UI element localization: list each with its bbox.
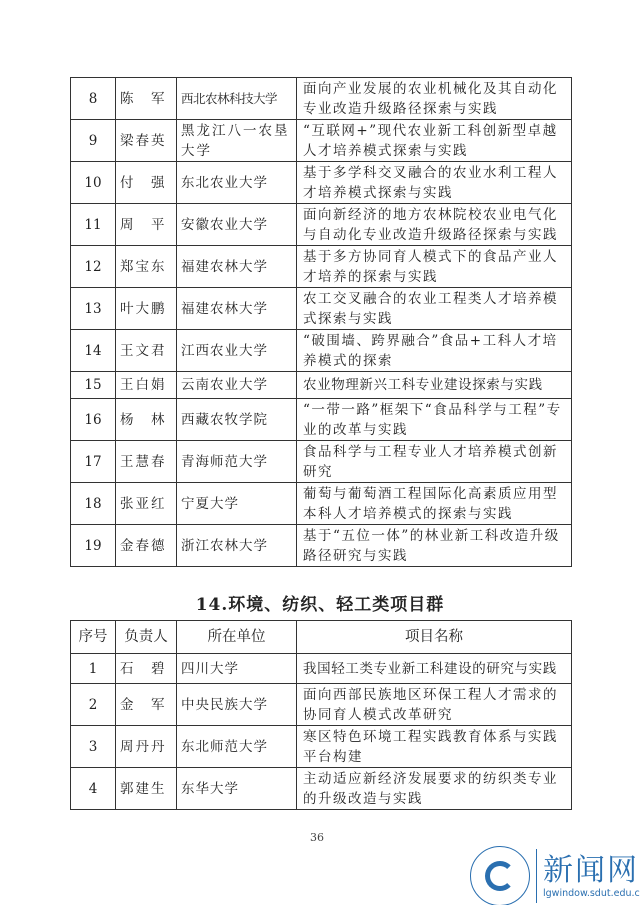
row-leader: 杨 林 — [116, 399, 177, 441]
row-unit: 福建农林大学 — [177, 288, 297, 330]
header-leader: 负责人 — [116, 621, 177, 654]
row-leader: 王白娟 — [116, 372, 177, 399]
row-leader: 金春德 — [116, 525, 177, 567]
row-number: 8 — [71, 78, 116, 120]
university-emblem-icon — [470, 846, 530, 905]
header-unit: 所在单位 — [177, 621, 297, 654]
row-number: 11 — [71, 204, 116, 246]
row-unit: 四川大学 — [177, 654, 297, 684]
row-project: 基于多学科交叉融合的农业水利工程人才培养模式探索与实践 — [297, 162, 572, 204]
row-project: 主动适应新经济发展要求的纺织类专业的升级改造与实践 — [297, 768, 572, 810]
row-leader: 郭建生 — [116, 768, 177, 810]
table-row: 11 周 平 安徽农业大学 面向新经济的地方农林院校农业电气化与自动化专业改造升… — [71, 204, 572, 246]
row-project: “互联网+”现代农业新工科创新型卓越人才培养模式探索与实践 — [297, 120, 572, 162]
row-number: 2 — [71, 684, 116, 726]
row-project: 基于“五位一体”的林业新工科改造升级路径研究与实践 — [297, 525, 572, 567]
row-project: 葡萄与葡萄酒工程国际化高素质应用型本科人才培养模式的探索与实践 — [297, 483, 572, 525]
logo-divider — [536, 849, 537, 903]
row-project: 农业物理新兴工科专业建设探索与实践 — [297, 372, 572, 399]
row-unit: 西北农林科技大学 — [177, 78, 297, 120]
row-unit: 黑龙江八一农垦大学 — [177, 120, 297, 162]
section-title: 14.环境、纺织、轻工类项目群 — [0, 590, 640, 615]
row-leader: 郑宝东 — [116, 246, 177, 288]
row-project: 寒区特色环境工程实践教育体系与实践平台构建 — [297, 726, 572, 768]
table-row: 4 郭建生 东华大学 主动适应新经济发展要求的纺织类专业的升级改造与实践 — [71, 768, 572, 810]
header-number: 序号 — [71, 621, 116, 654]
row-number: 16 — [71, 399, 116, 441]
row-leader: 张亚红 — [116, 483, 177, 525]
row-unit: 福建农林大学 — [177, 246, 297, 288]
row-unit: 宁夏大学 — [177, 483, 297, 525]
row-unit: 安徽农业大学 — [177, 204, 297, 246]
row-project: “破围墙、跨界融合”食品+工科人才培养模式的探索 — [297, 330, 572, 372]
table-row: 18 张亚红 宁夏大学 葡萄与葡萄酒工程国际化高素质应用型本科人才培养模式的探索… — [71, 483, 572, 525]
table-header-row: 序号 负责人 所在单位 项目名称 — [71, 621, 572, 654]
row-number: 13 — [71, 288, 116, 330]
table-row: 8 陈 军 西北农林科技大学 面向产业发展的农业机械化及其自动化专业改造升级路径… — [71, 78, 572, 120]
row-leader: 付 强 — [116, 162, 177, 204]
row-project: 面向西部民族地区环保工程人才需求的协同育人模式改革研究 — [297, 684, 572, 726]
row-leader: 王文君 — [116, 330, 177, 372]
table-row: 19 金春德 浙江农林大学 基于“五位一体”的林业新工科改造升级路径研究与实践 — [71, 525, 572, 567]
row-number: 12 — [71, 246, 116, 288]
project-table-continued: 8 陈 军 西北农林科技大学 面向产业发展的农业机械化及其自动化专业改造升级路径… — [70, 77, 572, 567]
row-leader: 金 军 — [116, 684, 177, 726]
row-leader: 周丹丹 — [116, 726, 177, 768]
page-number: 36 — [310, 831, 324, 844]
watermark-url: lgwindow.sdut.edu.cn — [543, 888, 640, 899]
row-project: 面向产业发展的农业机械化及其自动化专业改造升级路径探索与实践 — [297, 78, 572, 120]
row-unit: 江西农业大学 — [177, 330, 297, 372]
table-row: 1 石 碧 四川大学 我国轻工类专业新工科建设的研究与实践 — [71, 654, 572, 684]
row-number: 17 — [71, 441, 116, 483]
table-row: 3 周丹丹 东北师范大学 寒区特色环境工程实践教育体系与实践平台构建 — [71, 726, 572, 768]
watermark-logo: 新闻网 lgwindow.sdut.edu.cn — [470, 846, 640, 905]
row-number: 19 — [71, 525, 116, 567]
row-project: 我国轻工类专业新工科建设的研究与实践 — [297, 654, 572, 684]
table-row: 16 杨 林 西藏农牧学院 “一带一路”框架下“食品科学与工程”专业的改革与实践 — [71, 399, 572, 441]
row-number: 4 — [71, 768, 116, 810]
row-leader: 陈 军 — [116, 78, 177, 120]
row-number: 15 — [71, 372, 116, 399]
row-leader: 叶大鹏 — [116, 288, 177, 330]
row-number: 18 — [71, 483, 116, 525]
row-number: 9 — [71, 120, 116, 162]
table-row: 15 王白娟 云南农业大学 农业物理新兴工科专业建设探索与实践 — [71, 372, 572, 399]
table-row: 13 叶大鹏 福建农林大学 农工交叉融合的农业工程类人才培养模式探索与实践 — [71, 288, 572, 330]
header-project: 项目名称 — [297, 621, 572, 654]
row-unit: 青海师范大学 — [177, 441, 297, 483]
row-unit: 东华大学 — [177, 768, 297, 810]
row-project: 面向新经济的地方农林院校农业电气化与自动化专业改造升级路径探索与实践 — [297, 204, 572, 246]
table-row: 14 王文君 江西农业大学 “破围墙、跨界融合”食品+工科人才培养模式的探索 — [71, 330, 572, 372]
row-project: 农工交叉融合的农业工程类人才培养模式探索与实践 — [297, 288, 572, 330]
row-unit: 浙江农林大学 — [177, 525, 297, 567]
row-project: 食品科学与工程专业人才培养模式创新研究 — [297, 441, 572, 483]
row-project: “一带一路”框架下“食品科学与工程”专业的改革与实践 — [297, 399, 572, 441]
row-leader: 石 碧 — [116, 654, 177, 684]
row-unit: 中央民族大学 — [177, 684, 297, 726]
row-leader: 梁春英 — [116, 120, 177, 162]
row-leader: 周 平 — [116, 204, 177, 246]
row-number: 10 — [71, 162, 116, 204]
row-number: 3 — [71, 726, 116, 768]
watermark-title: 新闻网 — [543, 854, 640, 888]
row-project: 基于多方协同育人模式下的食品产业人才培养的探索与实践 — [297, 246, 572, 288]
project-table-section14: 序号 负责人 所在单位 项目名称 1 石 碧 四川大学 我国轻工类专业新工科建设… — [70, 620, 572, 810]
row-unit: 云南农业大学 — [177, 372, 297, 399]
table-row: 2 金 军 中央民族大学 面向西部民族地区环保工程人才需求的协同育人模式改革研究 — [71, 684, 572, 726]
row-unit: 西藏农牧学院 — [177, 399, 297, 441]
table-row: 17 王慧春 青海师范大学 食品科学与工程专业人才培养模式创新研究 — [71, 441, 572, 483]
table-row: 9 梁春英 黑龙江八一农垦大学 “互联网+”现代农业新工科创新型卓越人才培养模式… — [71, 120, 572, 162]
table-row: 12 郑宝东 福建农林大学 基于多方协同育人模式下的食品产业人才培养的探索与实践 — [71, 246, 572, 288]
row-unit: 东北农业大学 — [177, 162, 297, 204]
row-leader: 王慧春 — [116, 441, 177, 483]
row-number: 14 — [71, 330, 116, 372]
row-unit: 东北师范大学 — [177, 726, 297, 768]
row-number: 1 — [71, 654, 116, 684]
table-row: 10 付 强 东北农业大学 基于多学科交叉融合的农业水利工程人才培养模式探索与实… — [71, 162, 572, 204]
